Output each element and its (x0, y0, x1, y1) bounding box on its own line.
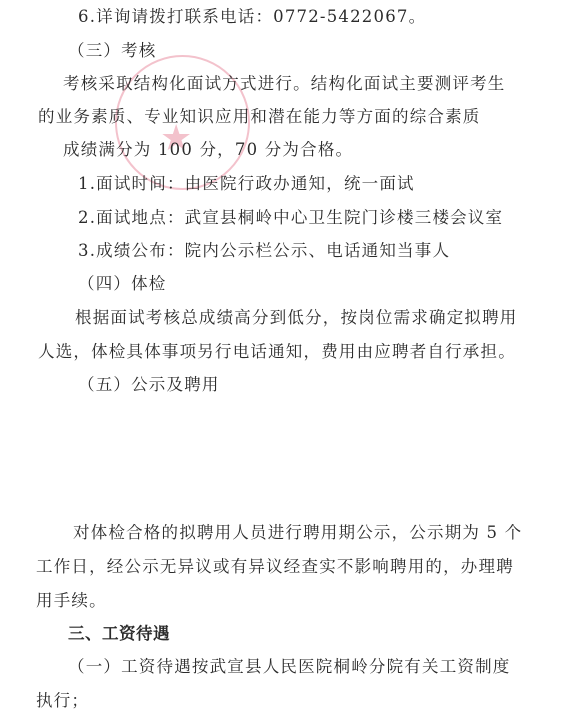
paragraph-line: 人选，体检具体事项另行电话通知，费用由应聘者自行承担。 (38, 341, 516, 363)
paragraph-line: （一）工资待遇按武宣县人民医院桐岭分院有关工资制度 (68, 656, 511, 678)
section-heading-assessment: （三）考核 (68, 40, 157, 62)
paragraph-line: 执行； (36, 690, 89, 712)
list-item-interview-location: 2.面试地点：武宣县桐岭中心卫生院门诊楼三楼会议室 (78, 207, 503, 229)
paragraph-line: 工作日，经公示无异议或有异议经查实不影响聘用的，办理聘 (36, 556, 514, 578)
contact-phone-line: 6.详询请拨打联系电话：0772-5422067。 (78, 6, 426, 28)
paragraph-line: 成绩满分为 100 分，70 分为合格。 (63, 139, 353, 161)
list-item-interview-time: 1.面试时间：由医院行政办通知，统一面试 (78, 173, 415, 195)
paragraph-line: 根据面试考核总成绩高分到低分，按岗位需求确定拟聘用 (75, 307, 518, 329)
section-heading-physical-exam: （四）体检 (78, 273, 167, 295)
paragraph-line: 考核采取结构化面试方式进行。结构化面试主要测评考生 (63, 73, 506, 95)
paragraph-line: 对体检合格的拟聘用人员进行聘用期公示，公示期为 5 个 (73, 522, 522, 544)
paragraph-line: 用手续。 (36, 590, 107, 612)
section-heading-publicity: （五）公示及聘用 (78, 374, 220, 396)
paragraph-line: 的业务素质、专业知识应用和潜在能力等方面的综合素质 (38, 106, 481, 128)
section-heading-salary: 三、工资待遇 (68, 623, 170, 645)
list-item-results-announcement: 3.成绩公布：院内公示栏公示、电话通知当事人 (78, 240, 450, 262)
